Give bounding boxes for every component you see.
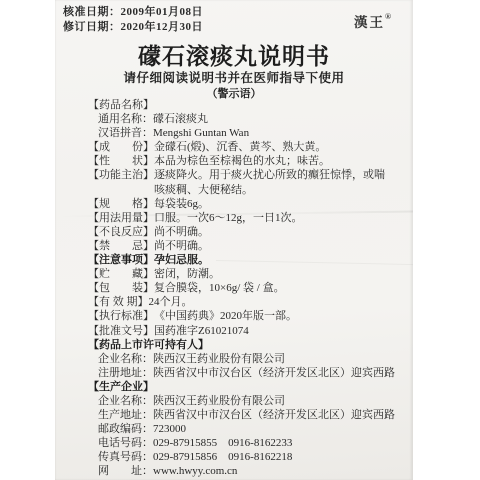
entry-row: 电话号码： 029-87915855 0916-8162233: [88, 436, 400, 450]
entry-label: 企业名称：: [98, 394, 153, 408]
entry-value: 口服。一次6～12g，一日1次。: [154, 211, 400, 225]
entry-value: 尚不明确。: [154, 225, 400, 239]
entry-label: 【禁 忌】: [88, 239, 154, 253]
entry-row: 【药品名称】: [88, 98, 400, 112]
entry-value: 陕西汉王药业股份有限公司: [153, 352, 400, 366]
entry-row: 【禁 忌】 尚不明确。: [88, 239, 400, 253]
entry-value: 723000: [153, 422, 400, 436]
entry-row: 注册地址： 陕西省汉中市汉台区（经济开发区北区）迎宾西路: [88, 366, 400, 380]
entry-label: 企业名称：: [98, 352, 153, 366]
entry-row: 【注意事项】 孕妇忌服。: [88, 253, 400, 267]
entry-label: 【药品上市许可持有人】: [88, 338, 209, 352]
approval-date-value: 2009年01月08日: [121, 5, 204, 20]
revision-date-value: 2020年12月30日: [121, 20, 204, 35]
entry-label: 传真号码：: [98, 450, 153, 464]
entry-value: [154, 380, 400, 394]
entry-row: 【贮 藏】 密闭，防潮。: [88, 267, 400, 281]
registered-mark-icon: ®: [385, 12, 391, 21]
page-title: 礞石滚痰丸说明书: [55, 38, 413, 71]
entry-label: 【成 份】: [88, 140, 154, 154]
entry-value: 密闭，防潮。: [154, 267, 400, 281]
entry-row: 传真号码： 029-87915856 0916-8162218: [88, 450, 400, 464]
entry-value: 陕西汉王药业股份有限公司: [153, 394, 400, 408]
entry-row: 企业名称： 陕西汉王药业股份有限公司: [88, 352, 400, 366]
entry-label: 【不良反应】: [88, 225, 154, 239]
entry-row: 【用法用量】 口服。一次6～12g，一日1次。: [88, 211, 400, 225]
entry-label: 【有 效 期】: [88, 295, 149, 309]
read-instruction-subtitle: 请仔细阅读说明书并在医师指导下使用: [55, 68, 413, 86]
entry-row: 邮政编码： 723000: [88, 422, 400, 436]
entry-label: 【批准文号】: [88, 324, 154, 338]
entry-row: 【包 装】 复合膜袋，10×6g/ 袋 / 盒。: [88, 281, 400, 295]
entry-row: 通用名称： 礞石滚痰丸: [88, 112, 400, 126]
entry-label: 【功能主治】: [88, 168, 154, 196]
entry-value: 陕西省汉中市汉台区（经济开发区北区）迎宾西路: [153, 366, 400, 380]
entry-row: 网 址： www.hwyy.com.cn: [88, 464, 400, 478]
entry-label: 【规 格】: [88, 197, 154, 211]
approval-date-label: 核准日期：: [63, 5, 121, 20]
entry-value: 24个月。: [149, 295, 401, 309]
entry-label: 注册地址：: [98, 366, 153, 380]
brand-logo: 漢王®: [354, 11, 391, 31]
entry-value: 029-87915855 0916-8162233: [153, 436, 400, 450]
approval-date-row: 核准日期： 2009年01月08日: [63, 5, 203, 20]
entry-row: 【性 状】 本品为棕色至棕褐色的水丸；味苦。: [88, 154, 400, 168]
entry-value: 金礞石(煅)、沉香、黄芩、熟大黄。: [154, 140, 400, 154]
entry-row: 企业名称： 陕西汉王药业股份有限公司: [88, 394, 400, 408]
entry-row: 【批准文号】 国药准字Z61021074: [88, 324, 400, 338]
entry-row: 生产地址： 陕西省汉中市汉台区（经济开发区北区）迎宾西路: [88, 408, 400, 422]
entry-label: 【药品名称】: [88, 98, 154, 112]
revision-date-row: 修订日期： 2020年12月30日: [63, 20, 203, 35]
entry-value: 本品为棕色至棕褐色的水丸；味苦。: [154, 154, 400, 168]
entry-row: 【不良反应】 尚不明确。: [88, 225, 400, 239]
entry-row: 【功能主治】 逐痰降火。用于痰火扰心所致的癫狂惊悸，或喘 咳痰稠、大便秘结。: [88, 168, 400, 196]
leaflet-photo: 核准日期： 2009年01月08日 修订日期： 2020年12月30日 漢王® …: [0, 0, 480, 480]
entry-value: 礞石滚痰丸: [153, 112, 400, 126]
entry-value: Mengshi Guntan Wan: [153, 126, 400, 140]
entry-row: 汉语拼音： Mengshi Guntan Wan: [88, 126, 400, 140]
entry-label: 网 址：: [98, 464, 153, 478]
entry-value: 复合膜袋，10×6g/ 袋 / 盒。: [154, 281, 400, 295]
entry-row: 【成 份】 金礞石(煅)、沉香、黄芩、熟大黄。: [88, 140, 400, 154]
entry-row: 【药品上市许可持有人】: [88, 338, 400, 352]
entry-value: 国药准字Z61021074: [154, 324, 400, 338]
entry-label: 邮政编码：: [98, 422, 153, 436]
entry-row: 【生产企业】: [88, 380, 400, 394]
revision-date-label: 修订日期：: [63, 20, 121, 35]
entry-value: 尚不明确。: [154, 239, 400, 253]
entry-value: 029-87915856 0916-8162218: [153, 450, 400, 464]
entry-label: 【贮 藏】: [88, 267, 154, 281]
entry-value: [209, 338, 400, 352]
entry-value: 陕西省汉中市汉台区（经济开发区北区）迎宾西路: [153, 408, 400, 422]
entry-row: 【规 格】 每袋装6g。: [88, 197, 400, 211]
entry-label: 【注意事项】: [88, 253, 154, 267]
entry-value: 每袋装6g。: [154, 197, 400, 211]
entry-label: 【包 装】: [88, 281, 154, 295]
body-entries: 【药品名称】 通用名称： 礞石滚痰丸 汉语拼音： Mengshi Guntan …: [88, 98, 400, 479]
entry-label: 生产地址：: [98, 408, 153, 422]
entry-label: 【性 状】: [88, 154, 154, 168]
entry-value: 逐痰降火。用于痰火扰心所致的癫狂惊悸，或喘 咳痰稠、大便秘结。: [154, 168, 400, 196]
entry-row: 【有 效 期】 24个月。: [88, 295, 400, 309]
entry-row: 【执行标准】 《中国药典》2020年版一部。: [88, 309, 400, 323]
entry-label: 【生产企业】: [88, 380, 154, 394]
dates-block: 核准日期： 2009年01月08日 修订日期： 2020年12月30日: [63, 5, 203, 34]
entry-value: [154, 98, 400, 112]
leaflet-paper: 核准日期： 2009年01月08日 修订日期： 2020年12月30日 漢王® …: [55, 0, 413, 480]
entry-label: 电话号码：: [98, 436, 153, 450]
entry-label: 【执行标准】: [88, 309, 154, 323]
entry-value: 《中国药典》2020年版一部。: [154, 309, 400, 323]
entry-label: 【用法用量】: [88, 211, 154, 225]
entry-label: 通用名称：: [98, 112, 153, 126]
entry-label: 汉语拼音：: [98, 126, 153, 140]
entry-value: www.hwyy.com.cn: [153, 464, 400, 478]
brand-name: 漢王: [354, 15, 385, 30]
entry-value: 孕妇忌服。: [154, 253, 400, 267]
